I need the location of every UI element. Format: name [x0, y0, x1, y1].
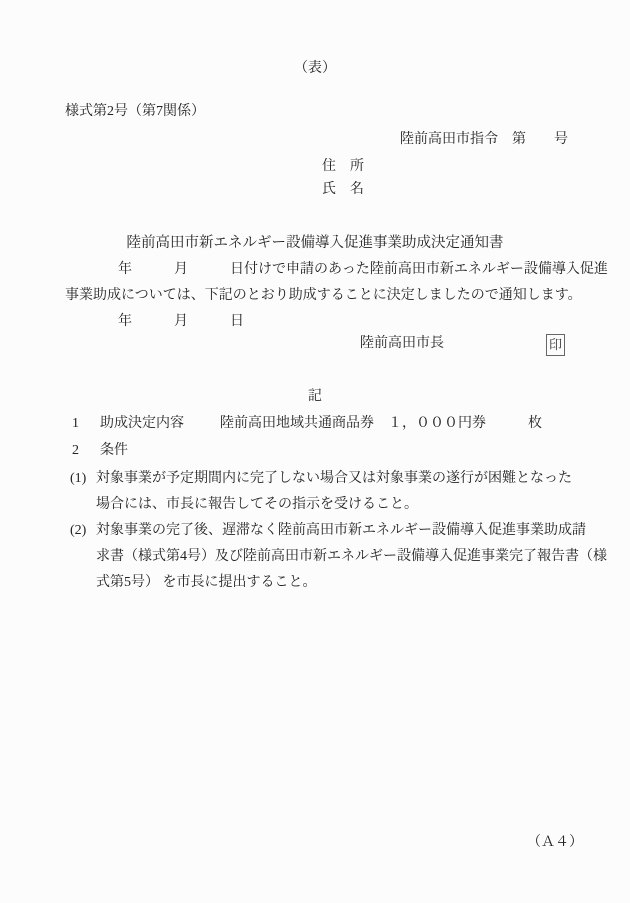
- condition-1-text-1: 対象事業が予定期間内に完了しない場合又は対象事業の遂行が困難となった: [96, 471, 572, 486]
- seal-character: 印: [549, 337, 562, 352]
- condition-1-marker: (1): [70, 469, 96, 489]
- conditions-item-number: 2: [72, 441, 100, 461]
- condition-1-line-1: (1)対象事業が予定期間内に完了しない場合又は対象事業の遂行が困難となった: [70, 469, 572, 489]
- conditions-item-label: 条件: [100, 443, 128, 458]
- document-page: （表） 様式第2号（第7関係） 陸前高田市指令 第 号 住 所 氏 名 陸前高田…: [0, 0, 630, 903]
- name-label: 氏 名: [322, 180, 364, 200]
- address-label: 住 所: [322, 157, 364, 177]
- record-heading: 記: [0, 387, 630, 407]
- body-paragraph-line-2: 事業助成については、下記のとおり助成することに決定しましたので通知します。: [65, 286, 582, 306]
- grant-item-content: 陸前高田地域共通商品券 １，０００円券: [220, 416, 486, 431]
- issue-date-line: 年 月 日: [118, 312, 244, 332]
- condition-2-line-3: 式第5号） を市長に提出すること。: [96, 573, 317, 593]
- grant-item-number: 1: [72, 414, 100, 434]
- condition-1-line-2: 場合には、市長に報告してその指示を受けること。: [96, 495, 418, 515]
- paper-size-label: （Ａ４）: [527, 833, 583, 853]
- page-side-label: （表）: [0, 59, 630, 79]
- condition-2-marker: (2): [70, 521, 96, 541]
- condition-2-line-1: (2)対象事業の完了後、遅滞なく陸前高田市新エネルギー設備導入促進事業助成請: [70, 521, 586, 541]
- seal-box: 印: [546, 334, 565, 356]
- body-paragraph-line-1: 年 月 日付けで申請のあった陸前高田市新エネルギー設備導入促進: [118, 260, 608, 280]
- grant-item-label: 助成決定内容: [100, 414, 220, 434]
- directive-number-line: 陸前高田市指令 第 号: [400, 130, 568, 150]
- form-number-label: 様式第2号（第7関係）: [65, 102, 205, 122]
- grant-decision-item: 1助成決定内容陸前高田地域共通商品券 １，０００円券枚: [72, 414, 542, 434]
- condition-2-line-2: 求書（様式第4号）及び陸前高田市新エネルギー設備導入促進事業完了報告書（様: [96, 547, 607, 567]
- grant-item-unit: 枚: [528, 416, 542, 431]
- mayor-signature-label: 陸前高田市長: [360, 334, 444, 354]
- document-title: 陸前高田市新エネルギー設備導入促進事業助成決定通知書: [0, 233, 630, 253]
- conditions-item: 2条件: [72, 441, 128, 461]
- condition-2-text-1: 対象事業の完了後、遅滞なく陸前高田市新エネルギー設備導入促進事業助成請: [96, 523, 586, 538]
